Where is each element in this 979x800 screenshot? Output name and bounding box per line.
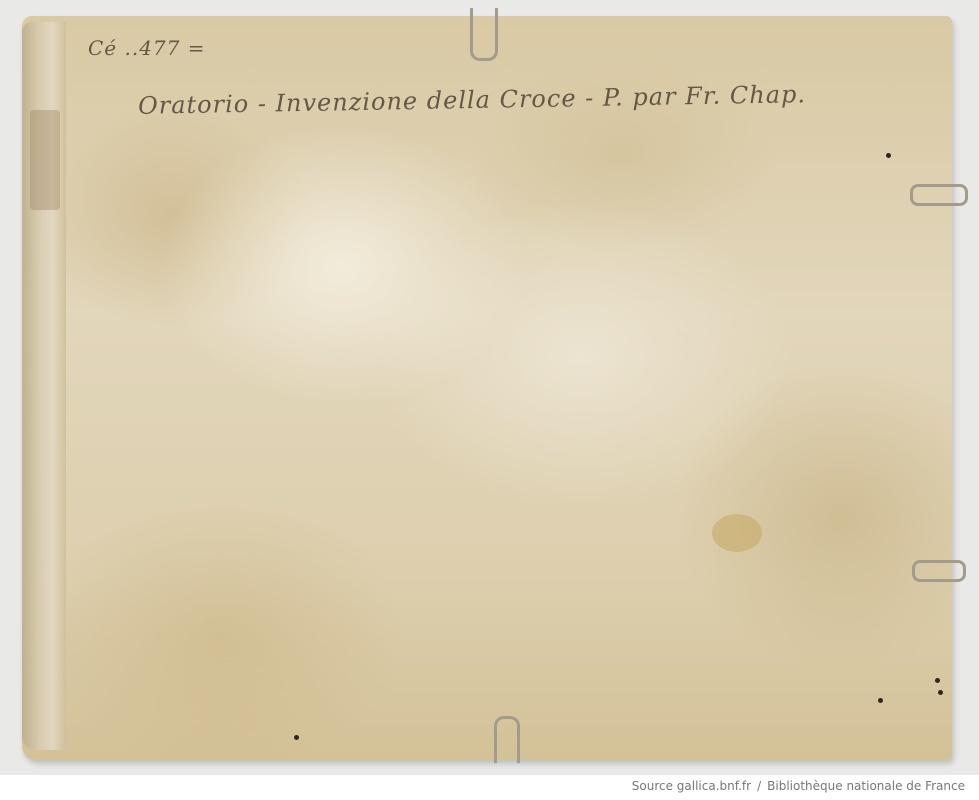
book-cover	[22, 16, 952, 760]
right-fastening-tie-lower	[912, 560, 966, 582]
spine-label-remnant	[30, 110, 60, 210]
credit-institution: Bibliothèque nationale de France	[767, 779, 965, 793]
ink-spot	[935, 678, 940, 683]
right-fastening-tie-upper	[910, 184, 968, 206]
water-stain	[712, 514, 762, 552]
ink-spot	[938, 690, 943, 695]
credit-source: Source gallica.bnf.fr	[632, 779, 751, 793]
top-fastening-tie	[470, 8, 498, 61]
credit-separator: /	[757, 779, 761, 793]
ink-spot	[878, 698, 883, 703]
source-credit: Source gallica.bnf.fr/Bibliothèque natio…	[632, 779, 965, 793]
shelfmark-inscription: Cé ..477 =	[88, 36, 206, 60]
bottom-fastening-tie	[494, 716, 520, 763]
ink-spot	[294, 735, 299, 740]
ink-spot	[886, 153, 891, 158]
